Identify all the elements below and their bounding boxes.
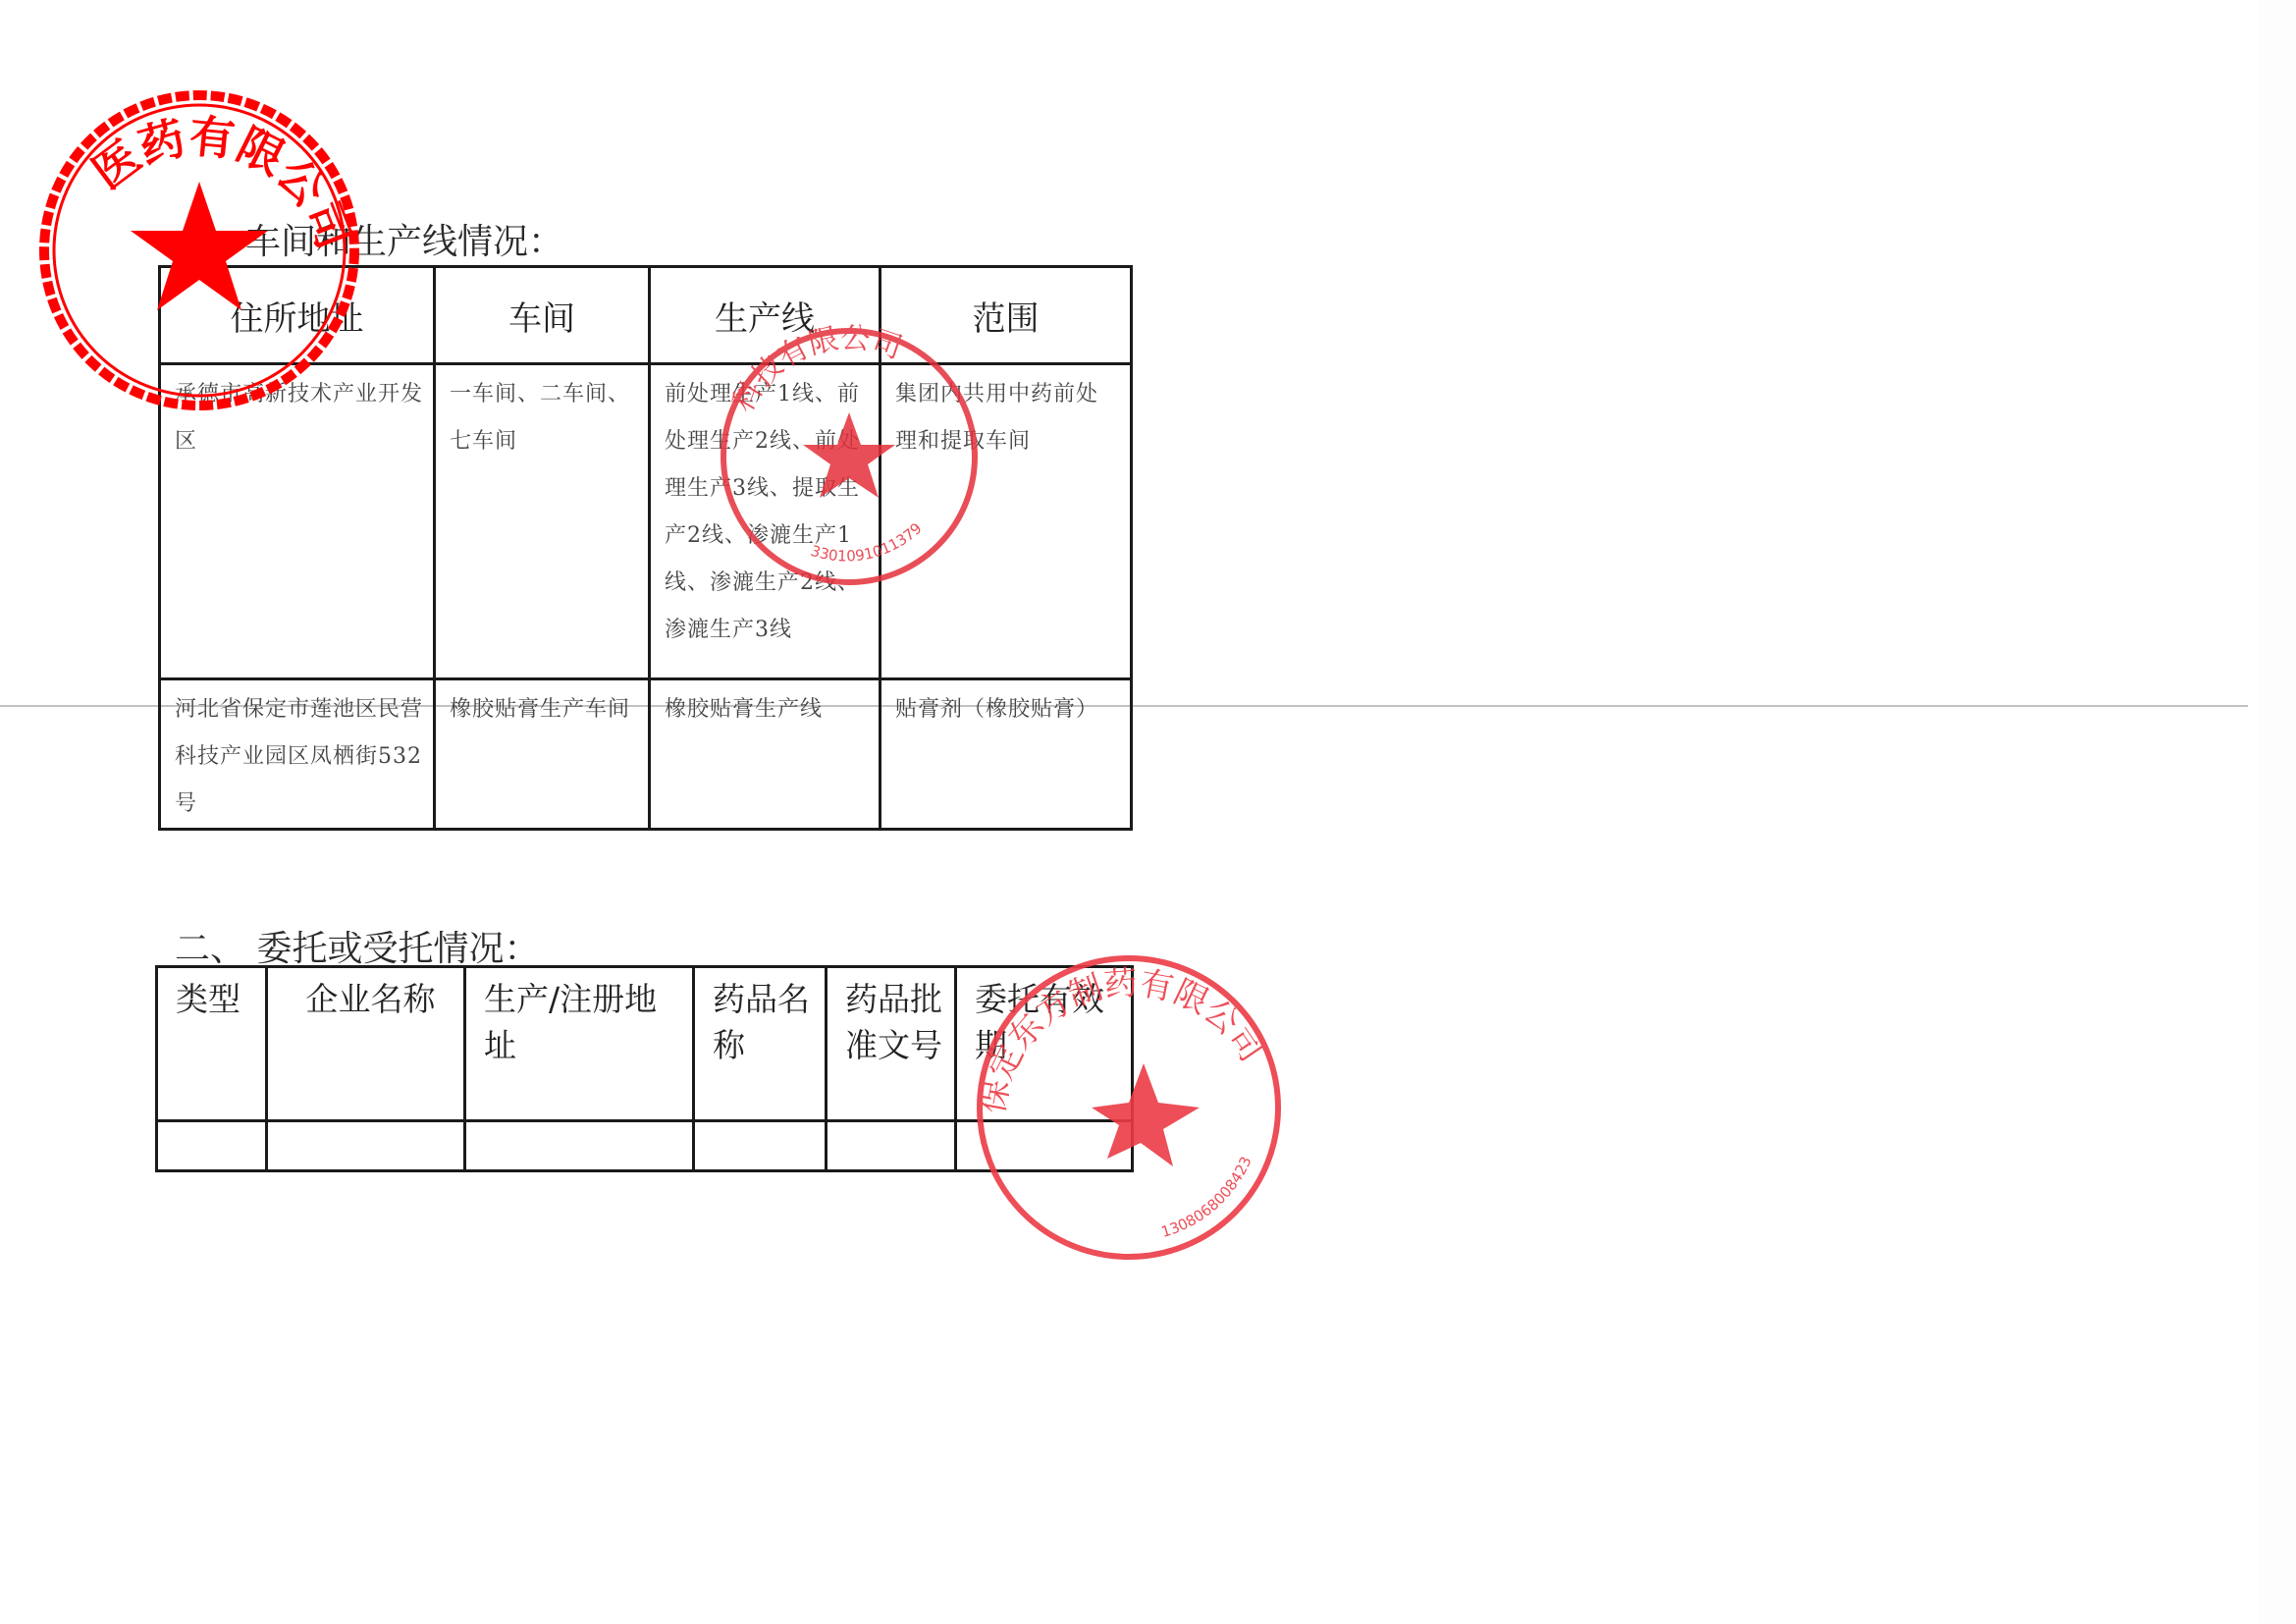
seal-3-number: 1308068008423 [1159,1154,1255,1241]
seal-2-graphic: 科技有限公司 3301091011379 [717,324,982,589]
col-header-company: 企业名称 [267,967,465,1121]
col-header-drug-name: 药品名称 [694,967,827,1121]
svg-text:3301091011379: 3301091011379 [809,519,926,566]
seal-3-graphic: 保定东方制药有限公司 1308068008423 [972,950,1286,1265]
col-header-approval-number: 药品批准文号 [827,967,956,1121]
cell-workshop: 一车间、二车间、七车间 [435,364,650,679]
col-header-type: 类型 [157,967,267,1121]
seal-2-number: 3301091011379 [809,519,926,566]
star-icon [1092,1063,1200,1166]
company-seal-1: 医药有限公司 [37,88,361,412]
table-row: 河北省保定市莲池区民营科技产业园区凤栖街532号 橡胶贴膏生产车间 橡胶贴膏生产… [160,679,1132,830]
cell-address: 河北省保定市莲池区民营科技产业园区凤栖街532号 [160,679,435,830]
cell-type [157,1121,267,1171]
cell-scope: 贴膏剂（橡胶贴膏） [881,679,1132,830]
company-seal-3: 保定东方制药有限公司 1308068008423 [972,950,1286,1265]
cell-address [465,1121,694,1171]
cell-company [267,1121,465,1171]
seal-1-graphic: 医药有限公司 [37,88,361,412]
col-header-address: 生产/注册地址 [465,967,694,1121]
cell-lines: 橡胶贴膏生产线 [650,679,881,830]
svg-text:科技有限公司: 科技有限公司 [725,324,906,418]
cell-workshop: 橡胶贴膏生产车间 [435,679,650,830]
section2-heading: 二、 委托或受托情况： [175,921,539,971]
cell-drug-name [694,1121,827,1171]
seal-3-text: 保定东方制药有限公司 [973,963,1271,1116]
star-icon [131,182,268,310]
star-icon [803,412,895,498]
svg-text:保定东方制药有限公司: 保定东方制药有限公司 [973,963,1271,1116]
svg-text:1308068008423: 1308068008423 [1159,1154,1255,1241]
seal-2-text: 科技有限公司 [725,324,906,418]
scanned-page: 一、车间和生产线情况： 住所地址 车间 生产线 范围 承德市高新技术产业开发区 … [0,0,2258,1624]
cell-approval-number [827,1121,956,1171]
col-header-workshop: 车间 [435,267,650,364]
company-seal-2: 科技有限公司 3301091011379 [717,324,982,589]
